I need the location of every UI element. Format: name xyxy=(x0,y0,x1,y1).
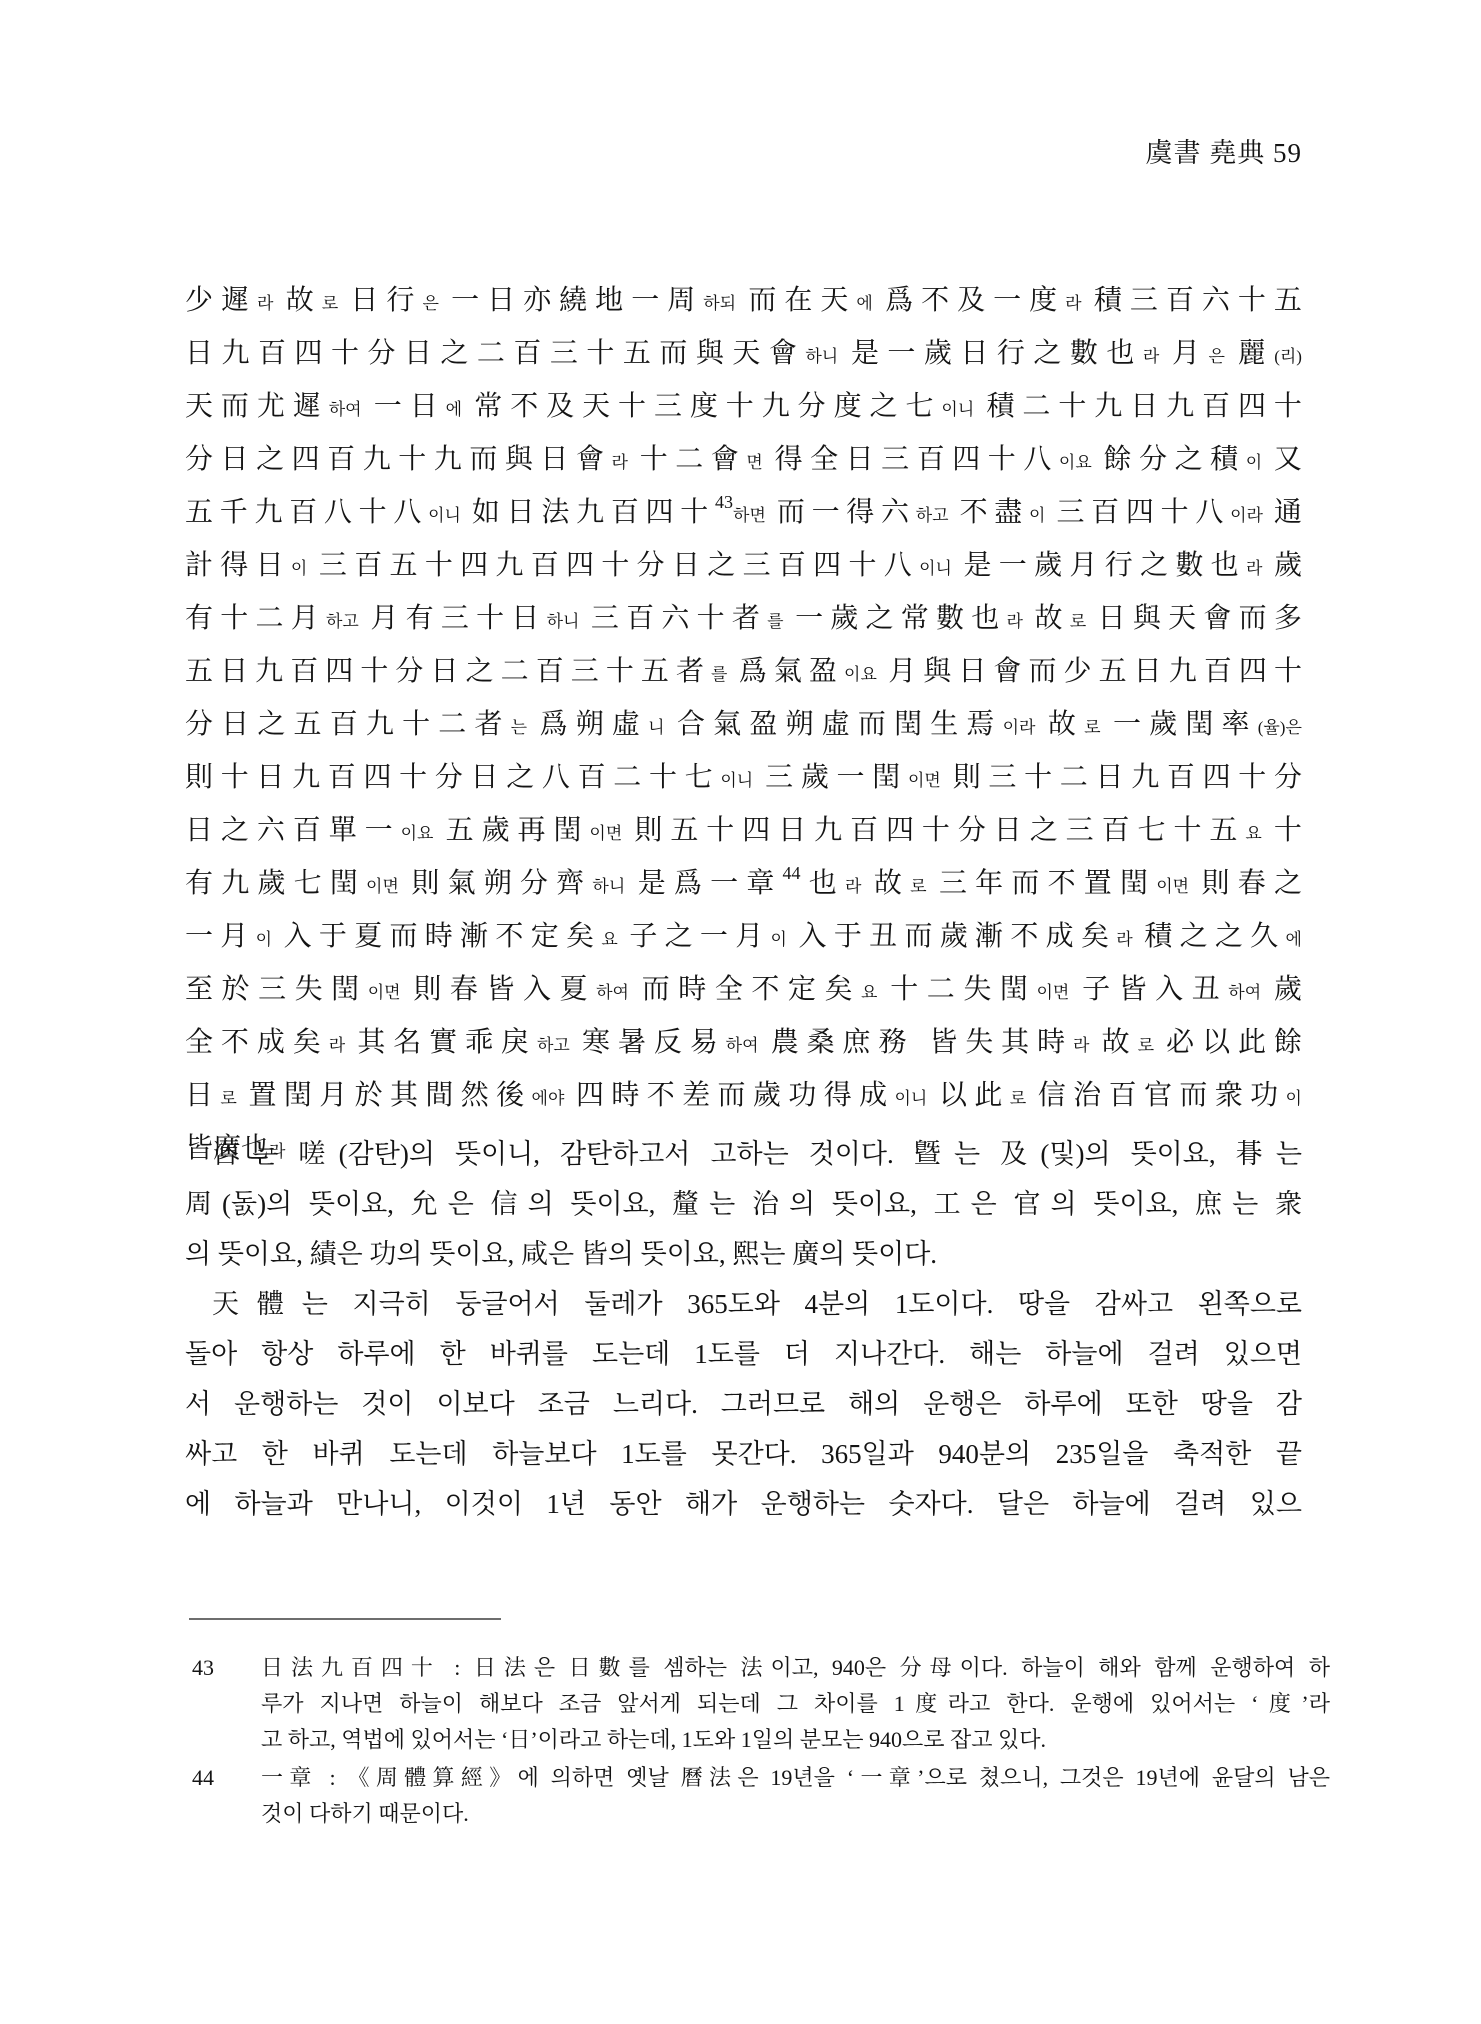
hanja-text: 而一得六 xyxy=(777,497,916,528)
particle-text: (리) xyxy=(1274,347,1302,366)
footnote: 43日法九百四十 : 日法은 日數를 셈하는 法이고, 940은 分母이다. 하… xyxy=(261,1650,1330,1758)
particle-text: 이면 xyxy=(908,771,953,790)
hanja-text: 不盡 xyxy=(960,497,1029,528)
hanmun-line: 五千九百八十八이니 如日法九百四十43하면 而一得六하고 不盡이 三百四十八이라… xyxy=(185,488,1302,541)
hanja-text: 麗 xyxy=(1238,338,1275,369)
hanmun-line: 日九百四十分日之二百三十五而與天會하니 是一歲日行之數也라 月은 麗(리) xyxy=(185,329,1302,382)
hanja-text: 通 xyxy=(1274,497,1302,528)
hanmun-line: 天而尤遲하여 一日에 常不及天十三度十九分度之七이니 積二十九日九百四十 xyxy=(185,382,1302,435)
particle-text: 라 xyxy=(1065,294,1094,313)
particle-text: 로 xyxy=(322,294,351,313)
korean-translation-block: 咨는 嗟(감탄)의 뜻이니, 감탄하고서 고하는 것이다. 曁는 及(및)의 뜻… xyxy=(185,1129,1302,1529)
hanmun-block: 少遲라 故로 日行은 一日亦繞地一周하되 而在天에 爲不及一度라 積三百六十五日… xyxy=(185,276,1302,1177)
hanja-text: 十二失閏 xyxy=(890,974,1036,1005)
particle-text: 라 xyxy=(1073,1036,1102,1055)
hanja-text: 至於三失閏 xyxy=(185,974,368,1005)
particle-text: 이니 xyxy=(894,1089,938,1108)
footnote-line: 것이 다하기 때문이다. xyxy=(261,1796,1330,1832)
particle-text: 하여 xyxy=(329,400,374,419)
particle-text: 이니 xyxy=(720,771,765,790)
hanja-text: 以此 xyxy=(939,1080,1010,1111)
hanja-text: 則氣朔分齊 xyxy=(411,868,592,899)
particle-text: 에 xyxy=(446,400,475,419)
hanja-text: 四時不差而歲功得成 xyxy=(576,1080,894,1111)
particle-text: 이요 xyxy=(401,824,446,843)
footnote-line: 日法九百四十 : 日法은 日數를 셈하는 法이고, 940은 分母이다. 하늘이… xyxy=(261,1650,1330,1686)
hanja-text: 五歲再閏 xyxy=(446,815,590,846)
particle-text: 요 xyxy=(601,930,629,949)
hanja-text: 積之之久 xyxy=(1144,921,1285,952)
hanja-text: 是一歲日行之數也 xyxy=(851,338,1143,369)
particle-text: 이니 xyxy=(428,506,472,525)
particle-text: 하니 xyxy=(592,877,637,896)
hanja-text: 故 xyxy=(1048,709,1084,740)
book-page: 虞書 堯典 59 少遲라 故로 日行은 一日亦繞地一周하되 而在天에 爲不及一度… xyxy=(0,0,1481,2024)
running-head-title: 虞書 堯典 59 xyxy=(1146,138,1303,168)
particle-text: 하여 xyxy=(1228,983,1274,1002)
particle-text: 에야 xyxy=(532,1089,576,1108)
hanja-text: 一日亦繞地一周 xyxy=(451,285,703,316)
particle-text: 은 xyxy=(422,294,451,313)
hanmun-line: 日로 置閏月於其間然後에야 四時不差而歲功得成이니 以此로 信治百官而衆功이 xyxy=(185,1071,1302,1124)
hanja-text: 歲 xyxy=(1274,550,1302,581)
hanja-text: 信治百官而衆功 xyxy=(1038,1080,1286,1111)
particle-text: 하여 xyxy=(726,1036,771,1055)
particle-text: 로 xyxy=(1084,718,1113,737)
hanja-text: 五千九百八十八 xyxy=(185,497,428,528)
hanja-text: 有九歲七閏 xyxy=(185,868,366,899)
hanja-text: 合氣盈朔虛而閏生焉 xyxy=(677,709,1003,740)
particle-text: 라 xyxy=(1143,347,1172,366)
particle-text: 로 xyxy=(1138,1036,1167,1055)
particle-text: 라 xyxy=(1246,559,1274,578)
hanmun-line: 有九歲七閏이면 則氣朔分齊하니 是爲一章44也라 故로 三年而不置閏이면 則春之 xyxy=(185,859,1302,912)
particle-text: 이라 xyxy=(1230,506,1274,525)
particle-text: 하여 xyxy=(596,983,642,1002)
hanja-text: 三百五十四九百四十分日之三百四十八 xyxy=(319,550,919,581)
hanja-text: 爲朔虛 xyxy=(540,709,649,740)
footnote-marker: 43 xyxy=(715,492,733,512)
hanja-text: 子之一月 xyxy=(629,921,770,952)
hanja-text: 日九百四十分日之二百三十五而與天會 xyxy=(185,338,805,369)
hanja-text: 故 xyxy=(874,868,910,899)
particle-text: 라 xyxy=(1007,612,1035,631)
hanja-text: 子皆入丑 xyxy=(1082,974,1228,1005)
hanja-text: 入于丑而歲漸不成矣 xyxy=(799,921,1117,952)
particle-text: 은 xyxy=(1209,347,1238,366)
hanmun-line: 五日九百四十分日之二百三十五者를 爲氣盈이요 月與日會而少五日九百四十 xyxy=(185,647,1302,700)
particle-text: 라 xyxy=(612,453,640,472)
particle-text: 니 xyxy=(648,718,677,737)
hanja-text: 三百四十八 xyxy=(1056,497,1230,528)
hanja-text: 一月 xyxy=(185,921,256,952)
footnotes-block: 43日法九百四十 : 日法은 日數를 셈하는 法이고, 940은 分母이다. 하… xyxy=(261,1650,1330,1834)
hanja-text: 則春皆入夏 xyxy=(413,974,596,1005)
hanja-text: 全不成矣 xyxy=(185,1027,329,1058)
particle-text: 이니 xyxy=(919,559,963,578)
hanja-text: 月有三十日 xyxy=(370,603,546,634)
hanja-text: 十 xyxy=(1274,815,1302,846)
hanja-text: 三歲一閏 xyxy=(765,762,908,793)
hanja-text: 一歲閏率 xyxy=(1113,709,1258,740)
hanja-text: 五日九百四十分日之二百三十五者 xyxy=(185,656,711,687)
hanmun-line: 一月이 入于夏而時漸不定矣요 子之一月이 入于丑而歲漸不成矣라 積之之久에 xyxy=(185,912,1302,965)
hanja-text: 餘分之積 xyxy=(1104,444,1246,475)
footnote-line: 고 하고, 역법에 있어서는 ‘日’이라고 하는데, 1도와 1일의 분모는 9… xyxy=(261,1722,1330,1758)
particle-text: 로 xyxy=(220,1089,248,1108)
korean-line: 서 운행하는 것이 이보다 조금 느리다. 그러므로 해의 운행은 하루에 또한… xyxy=(185,1379,1302,1429)
hanja-text: 農桑庶務 皆失其時 xyxy=(771,1027,1073,1058)
hanja-text: 入于夏而時漸不定矣 xyxy=(284,921,602,952)
hanja-text: 其名實乖戾 xyxy=(357,1027,537,1058)
particle-text: 라 xyxy=(1116,930,1144,949)
particle-text: 면 xyxy=(746,453,774,472)
particle-text: 라 xyxy=(845,877,874,896)
particle-text: 이 xyxy=(771,930,799,949)
particle-text: 이 xyxy=(1029,506,1056,525)
particle-text: 하고 xyxy=(326,612,370,631)
hanja-text: 少遲 xyxy=(185,285,257,316)
hanja-text: 三百六十者 xyxy=(591,603,767,634)
particle-text: 이면 xyxy=(1036,983,1082,1002)
hanja-text: 歲 xyxy=(1274,974,1302,1005)
particle-text: 이면 xyxy=(366,877,411,896)
hanja-text: 爲氣盈 xyxy=(739,656,844,687)
particle-text: 요 xyxy=(1245,824,1274,843)
hanja-text: 則三十二日九百四十分 xyxy=(953,762,1302,793)
hanja-text: 天而尤遲 xyxy=(185,391,329,422)
hanja-text: 故 xyxy=(286,285,322,316)
hanmun-line: 全不成矣라 其名實乖戾하고 寒暑反易하여 農桑庶務 皆失其時라 故로 必以此餘 xyxy=(185,1018,1302,1071)
hanmun-line: 分日之四百九十九而與日會라 十二會면 得全日三百四十八이요 餘分之積이 又 xyxy=(185,435,1302,488)
particle-text: 는 xyxy=(511,718,540,737)
hanja-text: 三年而不置閏 xyxy=(939,868,1156,899)
particle-text: 에 xyxy=(856,294,885,313)
particle-text: 하되 xyxy=(703,294,748,313)
hanja-text: 置閏月於其間然後 xyxy=(248,1080,531,1111)
hanja-text: 日 xyxy=(185,1080,220,1111)
particle-text: 로 xyxy=(1010,1089,1038,1108)
hanmun-line: 計得日이 三百五十四九百四十分日之三百四十八이니 是一歲月行之數也라 歲 xyxy=(185,541,1302,594)
particle-text: 하니 xyxy=(547,612,591,631)
korean-line: 咨는 嗟(감탄)의 뜻이니, 감탄하고서 고하는 것이다. 曁는 及(및)의 뜻… xyxy=(185,1129,1302,1179)
particle-text: 하면 xyxy=(733,506,777,525)
hanja-text: 是爲一章 xyxy=(638,868,783,899)
footnote-number: 44 xyxy=(192,1760,248,1796)
particle-text: 로 xyxy=(1070,612,1098,631)
hanja-text: 又 xyxy=(1274,444,1302,475)
hanja-text: 則春之 xyxy=(1202,868,1302,899)
particle-text: 에 xyxy=(1285,930,1301,949)
hanja-text: 十二會 xyxy=(640,444,747,475)
particle-text: 은 xyxy=(1285,718,1301,737)
particle-text: 이면 xyxy=(589,824,634,843)
particle-text: 하고 xyxy=(537,1036,582,1055)
footnote-number: 43 xyxy=(192,1650,248,1686)
hanja-text: 寒暑反易 xyxy=(582,1027,726,1058)
korean-line: 의 뜻이요, 績은 功의 뜻이요, 咸은 皆의 뜻이요, 熙는 廣의 뜻이다. xyxy=(185,1229,1302,1279)
particle-text: 를 xyxy=(767,612,795,631)
particle-text: 이요 xyxy=(1059,453,1104,472)
hanja-text: 而時全不定矣 xyxy=(642,974,861,1005)
hanmun-line: 分日之五百九十二者는 爲朔虛니 合氣盈朔虛而閏生焉이라 故로 一歲閏率(율)은 xyxy=(185,700,1302,753)
hanja-text: 是一歲月行之數也 xyxy=(964,550,1246,581)
hanmun-line: 至於三失閏이면 則春皆入夏하여 而時全不定矣요 十二失閏이면 子皆入丑하여 歲 xyxy=(185,965,1302,1018)
footnote: 44一章 : 《周體算經》에 의하면 옛날 曆法은 19년을 ‘一章’으로 쳤으… xyxy=(261,1760,1330,1832)
korean-line: 싸고 한 바퀴 도는데 하늘보다 1도를 못간다. 365일과 940분의 23… xyxy=(185,1429,1302,1479)
hanja-text: 計得日 xyxy=(185,550,291,581)
footnote-line: 루가 지나면 하늘이 해보다 조금 앞서게 되는데 그 차이를 1度라고 한다.… xyxy=(261,1686,1330,1722)
hanmun-line: 有十二月하고 月有三十日하니 三百六十者를 一歲之常數也라 故로 日與天會而多 xyxy=(185,594,1302,647)
hanja-text: 積二十九日九百四十 xyxy=(986,391,1301,422)
footnote-separator xyxy=(189,1618,501,1620)
hanja-text: 分日之五百九十二者 xyxy=(185,709,511,740)
hanja-text: 得全日三百四十八 xyxy=(775,444,1059,475)
korean-line: 周(돐)의 뜻이요, 允은 信의 뜻이요, 釐는 治의 뜻이요, 工은 官의 뜻… xyxy=(185,1179,1302,1229)
hanja-text: 如日法九百四十 xyxy=(472,497,715,528)
korean-line: 에 하늘과 만나니, 이것이 1년 동안 해가 운행하는 숫자다. 달은 하늘에… xyxy=(185,1479,1302,1529)
hanja-text: 一日 xyxy=(374,391,446,422)
hanja-text: 則十日九百四十分日之八百二十七 xyxy=(185,762,720,793)
hanja-text: 而在天 xyxy=(748,285,856,316)
hanja-text: 故 xyxy=(1034,603,1069,634)
particle-text: 이 xyxy=(1285,1089,1301,1108)
hanja-text: 積三百六十五 xyxy=(1094,285,1302,316)
particle-text: 를 xyxy=(711,665,739,684)
particle-text: 이니 xyxy=(941,400,986,419)
hanja-text: 必以此餘 xyxy=(1166,1027,1302,1058)
hanmun-line: 少遲라 故로 日行은 一日亦繞地一周하되 而在天에 爲不及一度라 積三百六十五 xyxy=(185,276,1302,329)
hanja-text: 也 xyxy=(801,868,845,899)
particle-text: 이라 xyxy=(1003,718,1048,737)
hanja-text: 日與天會而多 xyxy=(1098,603,1302,634)
particle-text: 하고 xyxy=(916,506,960,525)
particle-text: 이 xyxy=(291,559,319,578)
hanja-text: 分日之四百九十九而與日會 xyxy=(185,444,612,475)
hanja-text: 日之六百單一 xyxy=(185,815,401,846)
hanja-text: 則五十四日九百四十分日之三百七十五 xyxy=(634,815,1245,846)
hanmun-line: 日之六百單一이요 五歲再閏이면 則五十四日九百四十分日之三百七十五요 十 xyxy=(185,806,1302,859)
hanja-text: 月與日會而少五日九百四十 xyxy=(888,656,1302,687)
particle-text: (율) xyxy=(1258,718,1286,737)
particle-text: 이면 xyxy=(1156,877,1201,896)
particle-text: 이요 xyxy=(844,665,888,684)
hanja-text: 爲不及一度 xyxy=(885,285,1065,316)
particle-text: 이면 xyxy=(368,983,414,1002)
hanja-text: 月 xyxy=(1172,338,1209,369)
particle-text: 요 xyxy=(861,983,890,1002)
hanja-text: 日行 xyxy=(350,285,422,316)
hanja-text: 故 xyxy=(1102,1027,1138,1058)
running-head: 虞書 堯典 59 xyxy=(185,136,1302,170)
hanja-text: 常不及天十三度十九分度之七 xyxy=(474,391,941,422)
hanja-text: 有十二月 xyxy=(185,603,326,634)
particle-text: 이 xyxy=(256,930,284,949)
particle-text: 라 xyxy=(329,1036,358,1055)
particle-text: 로 xyxy=(910,877,939,896)
footnote-line: 一章 : 《周體算經》에 의하면 옛날 曆法은 19년을 ‘一章’으로 쳤으니,… xyxy=(261,1760,1330,1796)
hanja-text: 一歲之常數也 xyxy=(795,603,1006,634)
footnote-marker: 44 xyxy=(783,863,801,883)
hanmun-line: 則十日九百四十分日之八百二十七이니 三歲一閏이면 則三十二日九百四十分 xyxy=(185,753,1302,806)
korean-line: 돌아 항상 하루에 한 바퀴를 도는데 1도를 더 지나간다. 해는 하늘에 걸… xyxy=(185,1329,1302,1379)
particle-text: 이 xyxy=(1246,453,1274,472)
particle-text: 하니 xyxy=(805,347,851,366)
korean-line: 天體는 지극히 둥글어서 둘레가 365도와 4분의 1도이다. 땅을 감싸고 … xyxy=(185,1279,1302,1329)
particle-text: 라 xyxy=(257,294,286,313)
